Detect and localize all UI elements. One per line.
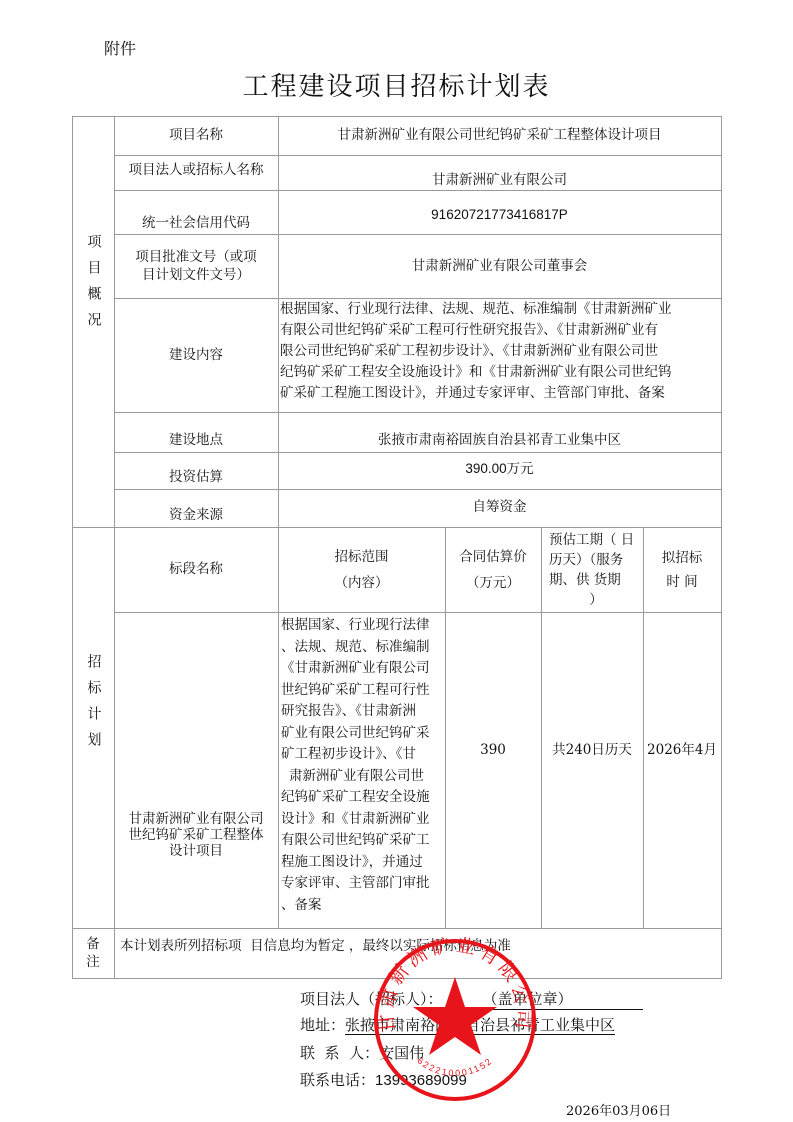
label-credit-code: 统一社会信用代码 [114, 190, 278, 234]
label-project-name: 项目名称 [114, 116, 278, 155]
table-border-right [721, 116, 722, 979]
phone-value: 13993689099 [375, 1072, 467, 1089]
value-investment: 390.00万元 [278, 452, 721, 489]
document-date: 2026年03月06日 [566, 1100, 671, 1119]
value-construction-site: 张掖市肃南裕固族自治县祁青工业集中区 [278, 412, 721, 452]
contact-value: 安国伟 [379, 1044, 424, 1062]
bid-section-name: 甘肃新洲矿业有限公司 世纪钨矿采矿工程整体 设计项目 [114, 612, 278, 928]
address-line: 地址：张掖市肃南裕固族自治县祁青工业集中区 [300, 1014, 615, 1035]
table-border-bottom [72, 978, 721, 979]
label-investment: 投资估算 [114, 452, 278, 489]
label-approval-doc: 项目批准文号（或项 目计划文件文号） [114, 234, 278, 298]
bid-plan-table: 项目概况 招标计划 项目名称 甘肃新洲矿业有限公司世纪钨矿采矿工程整体设计项目 … [72, 116, 721, 978]
bid-planned-time: 2026年4月 [643, 612, 721, 928]
value-approval-doc: 甘肃新洲矿业有限公司董事会 [278, 234, 721, 298]
header-planned-time: 拟招标 时 间 [643, 527, 721, 612]
value-construction-content: 根据国家、行业现行法律、法规、规范、标准编制《甘肃新洲矿业 有限公司世纪钨矿采矿… [279, 299, 721, 412]
contact-line: 联 系 人：安国伟 [300, 1042, 424, 1063]
overview-section-label: 项目概况 [72, 211, 114, 361]
document-title: 工程建设项目招标计划表 [0, 66, 793, 103]
phone-line: 联系电话：13993689099 [300, 1069, 467, 1090]
legal-person-line: 项目法人（招标人）：（盖单位章） [300, 988, 643, 1010]
label-tenderer-name: 项目法人或招标人名称 [114, 155, 278, 190]
value-credit-code: 91620721773416817P [278, 190, 721, 234]
remarks-text: 本计划表所列招标项 目信息均为暂定 ，最终以实际招标信息为准 [120, 928, 720, 978]
header-period: 预估工期（ 日 历天）（服务 期、供 货期 ） [541, 527, 643, 612]
bid-scope: 根据国家、行业现行法律 、法规、规范、标准编制 《甘肃新洲矿业有限公司 世纪钨矿… [279, 613, 445, 928]
bid-plan-section-label: 招标计划 [72, 631, 114, 781]
header-scope: 招标范围 （内容） [278, 527, 445, 612]
value-project-name: 甘肃新洲矿业有限公司世纪钨矿采矿工程整体设计项目 [278, 116, 721, 155]
label-construction-site: 建设地点 [114, 412, 278, 452]
header-section-name: 标段名称 [114, 527, 278, 612]
label-fund-source: 资金来源 [114, 489, 278, 527]
bid-contract-price: 390 [445, 612, 541, 928]
remarks-label: 备 注 [72, 928, 114, 978]
label-construction-content: 建设内容 [114, 298, 278, 412]
bid-period: 共240日历天 [541, 612, 643, 928]
attachment-label: 附件 [104, 36, 136, 59]
address-value: 张掖市肃南裕固族自治县祁青工业集中区 [345, 1016, 615, 1035]
value-tenderer-name: 甘肃新洲矿业有限公司 [278, 155, 721, 190]
seal-placeholder: （盖单位章） [443, 990, 573, 1008]
value-fund-source: 自筹资金 [278, 489, 721, 527]
header-contract-price: 合同估算价 （万元） [445, 527, 541, 612]
